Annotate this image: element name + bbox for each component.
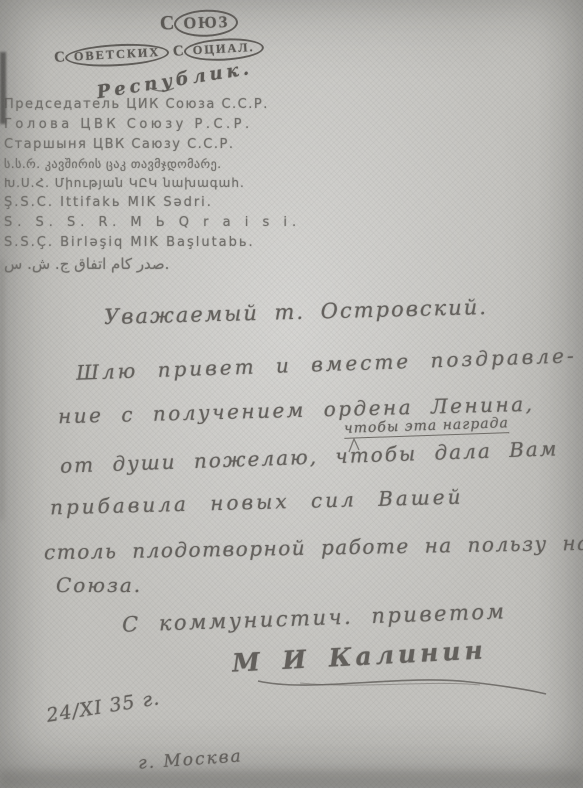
letterhead-line-georgian: ს.ს.რ. კავშირის ცაკ თავმჯდომარე. [4,157,304,171]
emblem-oval-otsial: ОЦИАЛ. [183,37,264,63]
scan-smudge-left-edge [0,52,6,124]
letterhead-line-russian: Председатель ЦИК Союза С.С.Р. [4,97,304,112]
emblem-letter: С [160,12,175,34]
scanned-letter-page: СОЮЗ СОВЕТСКИХ СОЦИАЛ. Республик. Предсе… [0,0,583,788]
letterhead-block: Председатель ЦИК Союза С.С.Р. Голова ЦВК… [4,97,304,278]
body-line-5: столь плодотворной работе на пользу наше… [44,530,583,565]
letterhead-line-belarusian: Старшыня ЦВК Саюзу С.С.Р. [4,137,304,152]
scan-shadow-bottom-edge [0,770,583,788]
scan-shadow-left-edge [0,260,4,520]
letterhead-line-uzbek: S. S. S. R. M Ь Q r a i s i. [4,215,304,230]
letterhead-line-arabic: صدر كام اتفاق ج. ش. س. [4,255,304,273]
emblem-letter: С [54,49,66,66]
emblem-line-soyuz: СОЮЗ [160,9,239,39]
body-line-3: от души пожелаю, чтобы дала Вам [60,436,559,477]
letterhead-line-armenian: Խ.Ս.Հ. Միության ԿԸԿ նախագահ. [4,176,304,190]
signature-underline-flourish [258,680,546,694]
emblem-letter: С [173,43,185,60]
signature-underline-flourish-2 [300,683,480,685]
body-line-1: Шлю привет и вместе поздравле- [76,343,577,384]
letterhead-line-azeri: Ş.S.C. Ittifakь MIK Sədri. [4,195,304,210]
date-mark: 24/XI 35 г. [45,687,162,727]
emblem-oval-ovetskih: ОВЕТСКИХ [64,41,169,68]
emblem-oval-oyuz: ОЮЗ [174,9,239,38]
body-line-6: Союза. [56,573,142,597]
kalinin-signature: М И Калинин [231,635,487,677]
salutation-line: Уважаемый т. Островский. [104,295,488,329]
closing-line: С коммунистич. приветом [122,599,507,636]
letterhead-line-turkmen: S.S.Ç. Birlәşiq MIK Başlutabь. [4,235,304,250]
body-line-4: прибавила новых сил Вашей [50,485,464,520]
letterhead-line-ukrainian: Голова ЦВК Союзу Р.С.Р. [4,117,304,132]
